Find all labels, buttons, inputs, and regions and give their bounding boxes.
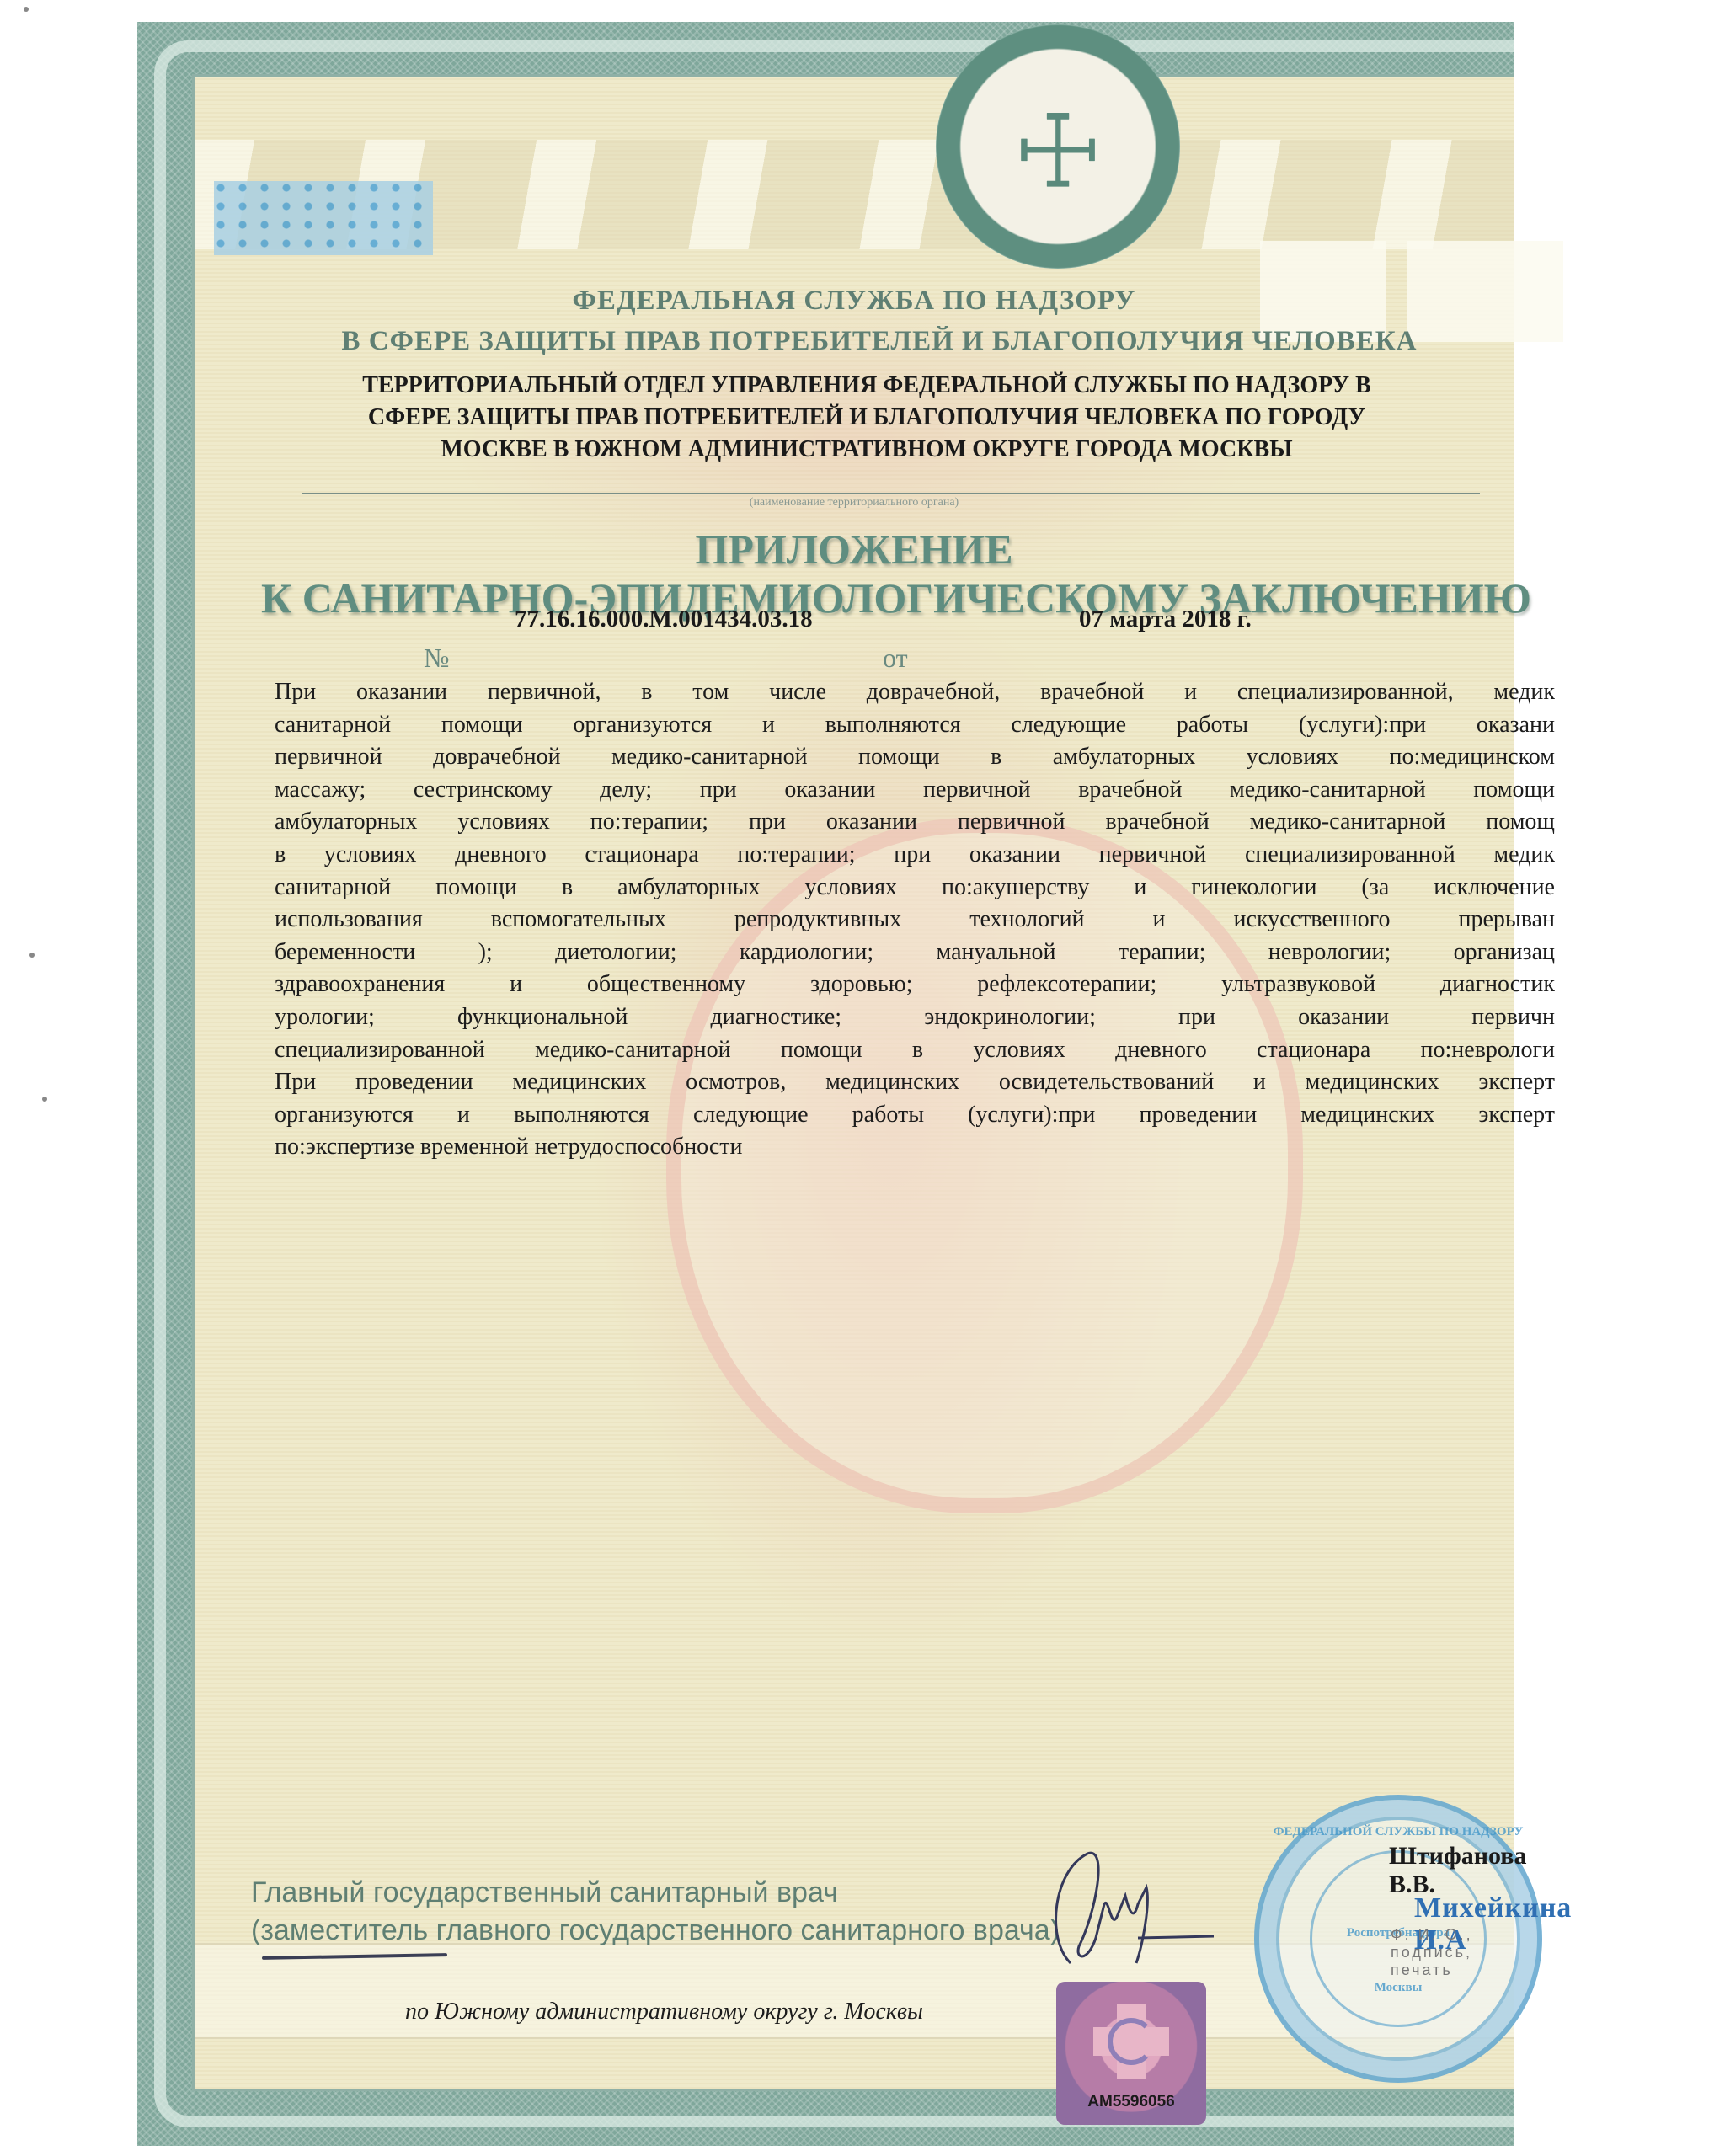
g-logo-icon	[1108, 2018, 1155, 2065]
date-label: от	[883, 643, 908, 674]
territorial-body-line: МОСКВЕ В ЮЖНОМ АДМИНИСТРАТИВНОМ ОКРУГЕ Г…	[220, 434, 1514, 466]
name-underline	[1332, 1924, 1567, 1924]
hologram-strip-icon	[214, 181, 433, 255]
territorial-body-line: СФЕРЕ ЗАЩИТЫ ПРАВ ПОТРЕБИТЕЛЕЙ И БЛАГОПО…	[220, 402, 1514, 434]
date-underline	[923, 670, 1201, 670]
document-subtitle: К САНИТАРНО-ЭПИДЕМИОЛОГИЧЕСКОМУ ЗАКЛЮЧЕН…	[245, 574, 1547, 622]
document-title: ПРИЛОЖЕНИЕ	[195, 525, 1514, 574]
text-line: При проведении медицинских осмотров, мед…	[275, 1066, 1555, 1099]
text-line: использования вспомогательных репродукти…	[275, 904, 1555, 937]
agency-name-line1: ФЕДЕРАЛЬНАЯ СЛУЖБА ПО НАДЗОРУ	[195, 286, 1514, 317]
scan-dust	[42, 1097, 47, 1102]
scan-dust	[29, 953, 35, 958]
text-line: При оказании первичной, в том числе довр…	[275, 676, 1555, 709]
text-line: массажу; сестринскому делу; при оказании…	[275, 774, 1555, 807]
text-line: здравоохранения и общественному здоровью…	[275, 969, 1555, 1001]
agency-name-line2: В СФЕРЕ ЗАЩИТЫ ПРАВ ПОТРЕБИТЕЛЕЙ И БЛАГО…	[245, 326, 1514, 357]
official-position: Главный государственный санитарный врач …	[251, 1874, 1060, 1950]
stamp-text: Москвы	[1259, 1981, 1537, 1995]
eagle-icon: ☩	[1012, 93, 1103, 211]
text-line: беременности ); диетологии; кардиологии;…	[275, 937, 1555, 969]
text-line: организуются и выполняются следующие раб…	[275, 1099, 1555, 1132]
hologram-sticker-icon: AM5596056	[1056, 1982, 1206, 2125]
territorial-body-caption: (наименование территориального органа)	[195, 496, 1514, 510]
text-line: специализированной медико-санитарной пом…	[275, 1034, 1555, 1067]
text-line: по:экспертизе временной нетрудоспособнос…	[275, 1131, 1555, 1164]
document-date: 07 марта 2018 г.	[1079, 606, 1252, 633]
certificate-frame: ☩ ФЕДЕРАЛЬНАЯ СЛУЖБА ПО НАДЗОРУ В СФЕРЕ …	[137, 22, 1514, 2146]
printed-name: Штифанова В.В.	[1389, 1842, 1526, 1899]
stamp-text: ФЕДЕРАЛЬНОЙ СЛУЖБЫ ПО НАДЗОРУ	[1259, 1825, 1537, 1839]
text-line: санитарной помощи в амбулаторных условия…	[275, 872, 1555, 905]
hologram-serial: AM5596056	[1056, 2093, 1206, 2111]
text-line: амбулаторных условиях по:терапии; при ок…	[275, 806, 1555, 839]
position-line: Главный государственный санитарный врач	[251, 1874, 1060, 1912]
double-headed-eagle-emblem-icon: ☩	[936, 24, 1180, 269]
text-line: первичной доврачебной медико-санитарной …	[275, 741, 1555, 774]
territorial-body: ТЕРРИТОРИАЛЬНЫЙ ОТДЕЛ УПРАВЛЕНИЯ ФЕДЕРАЛ…	[195, 370, 1514, 466]
scan-dust	[24, 7, 29, 12]
handwritten-signature-icon	[1037, 1837, 1222, 1980]
name-caption: Ф. И. О., подпись, печать	[1391, 1926, 1514, 1979]
territorial-body-line: ТЕРРИТОРИАЛЬНЫЙ ОТДЕЛ УПРАВЛЕНИЯ ФЕДЕРАЛ…	[220, 370, 1514, 402]
text-line: в условиях дневного стационара по:терапи…	[275, 839, 1555, 872]
divider	[302, 493, 1480, 494]
certificate-panel: ☩ ФЕДЕРАЛЬНАЯ СЛУЖБА ПО НАДЗОРУ В СФЕРЕ …	[192, 74, 1514, 2091]
text-line: санитарной помощи организуются и выполня…	[275, 709, 1555, 742]
district-name: по Южному административному округу г. Мо…	[405, 1999, 923, 2025]
number-underline	[456, 670, 877, 670]
number-label: №	[424, 643, 450, 674]
document-number: 77.16.16.000.М.001434.03.18	[515, 606, 813, 633]
position-line: (заместитель главного государственного с…	[251, 1912, 1060, 1950]
text-line: урологии; функциональной диагностике; эн…	[275, 1001, 1555, 1034]
services-text: При оказании первичной, в том числе довр…	[275, 676, 1555, 1164]
